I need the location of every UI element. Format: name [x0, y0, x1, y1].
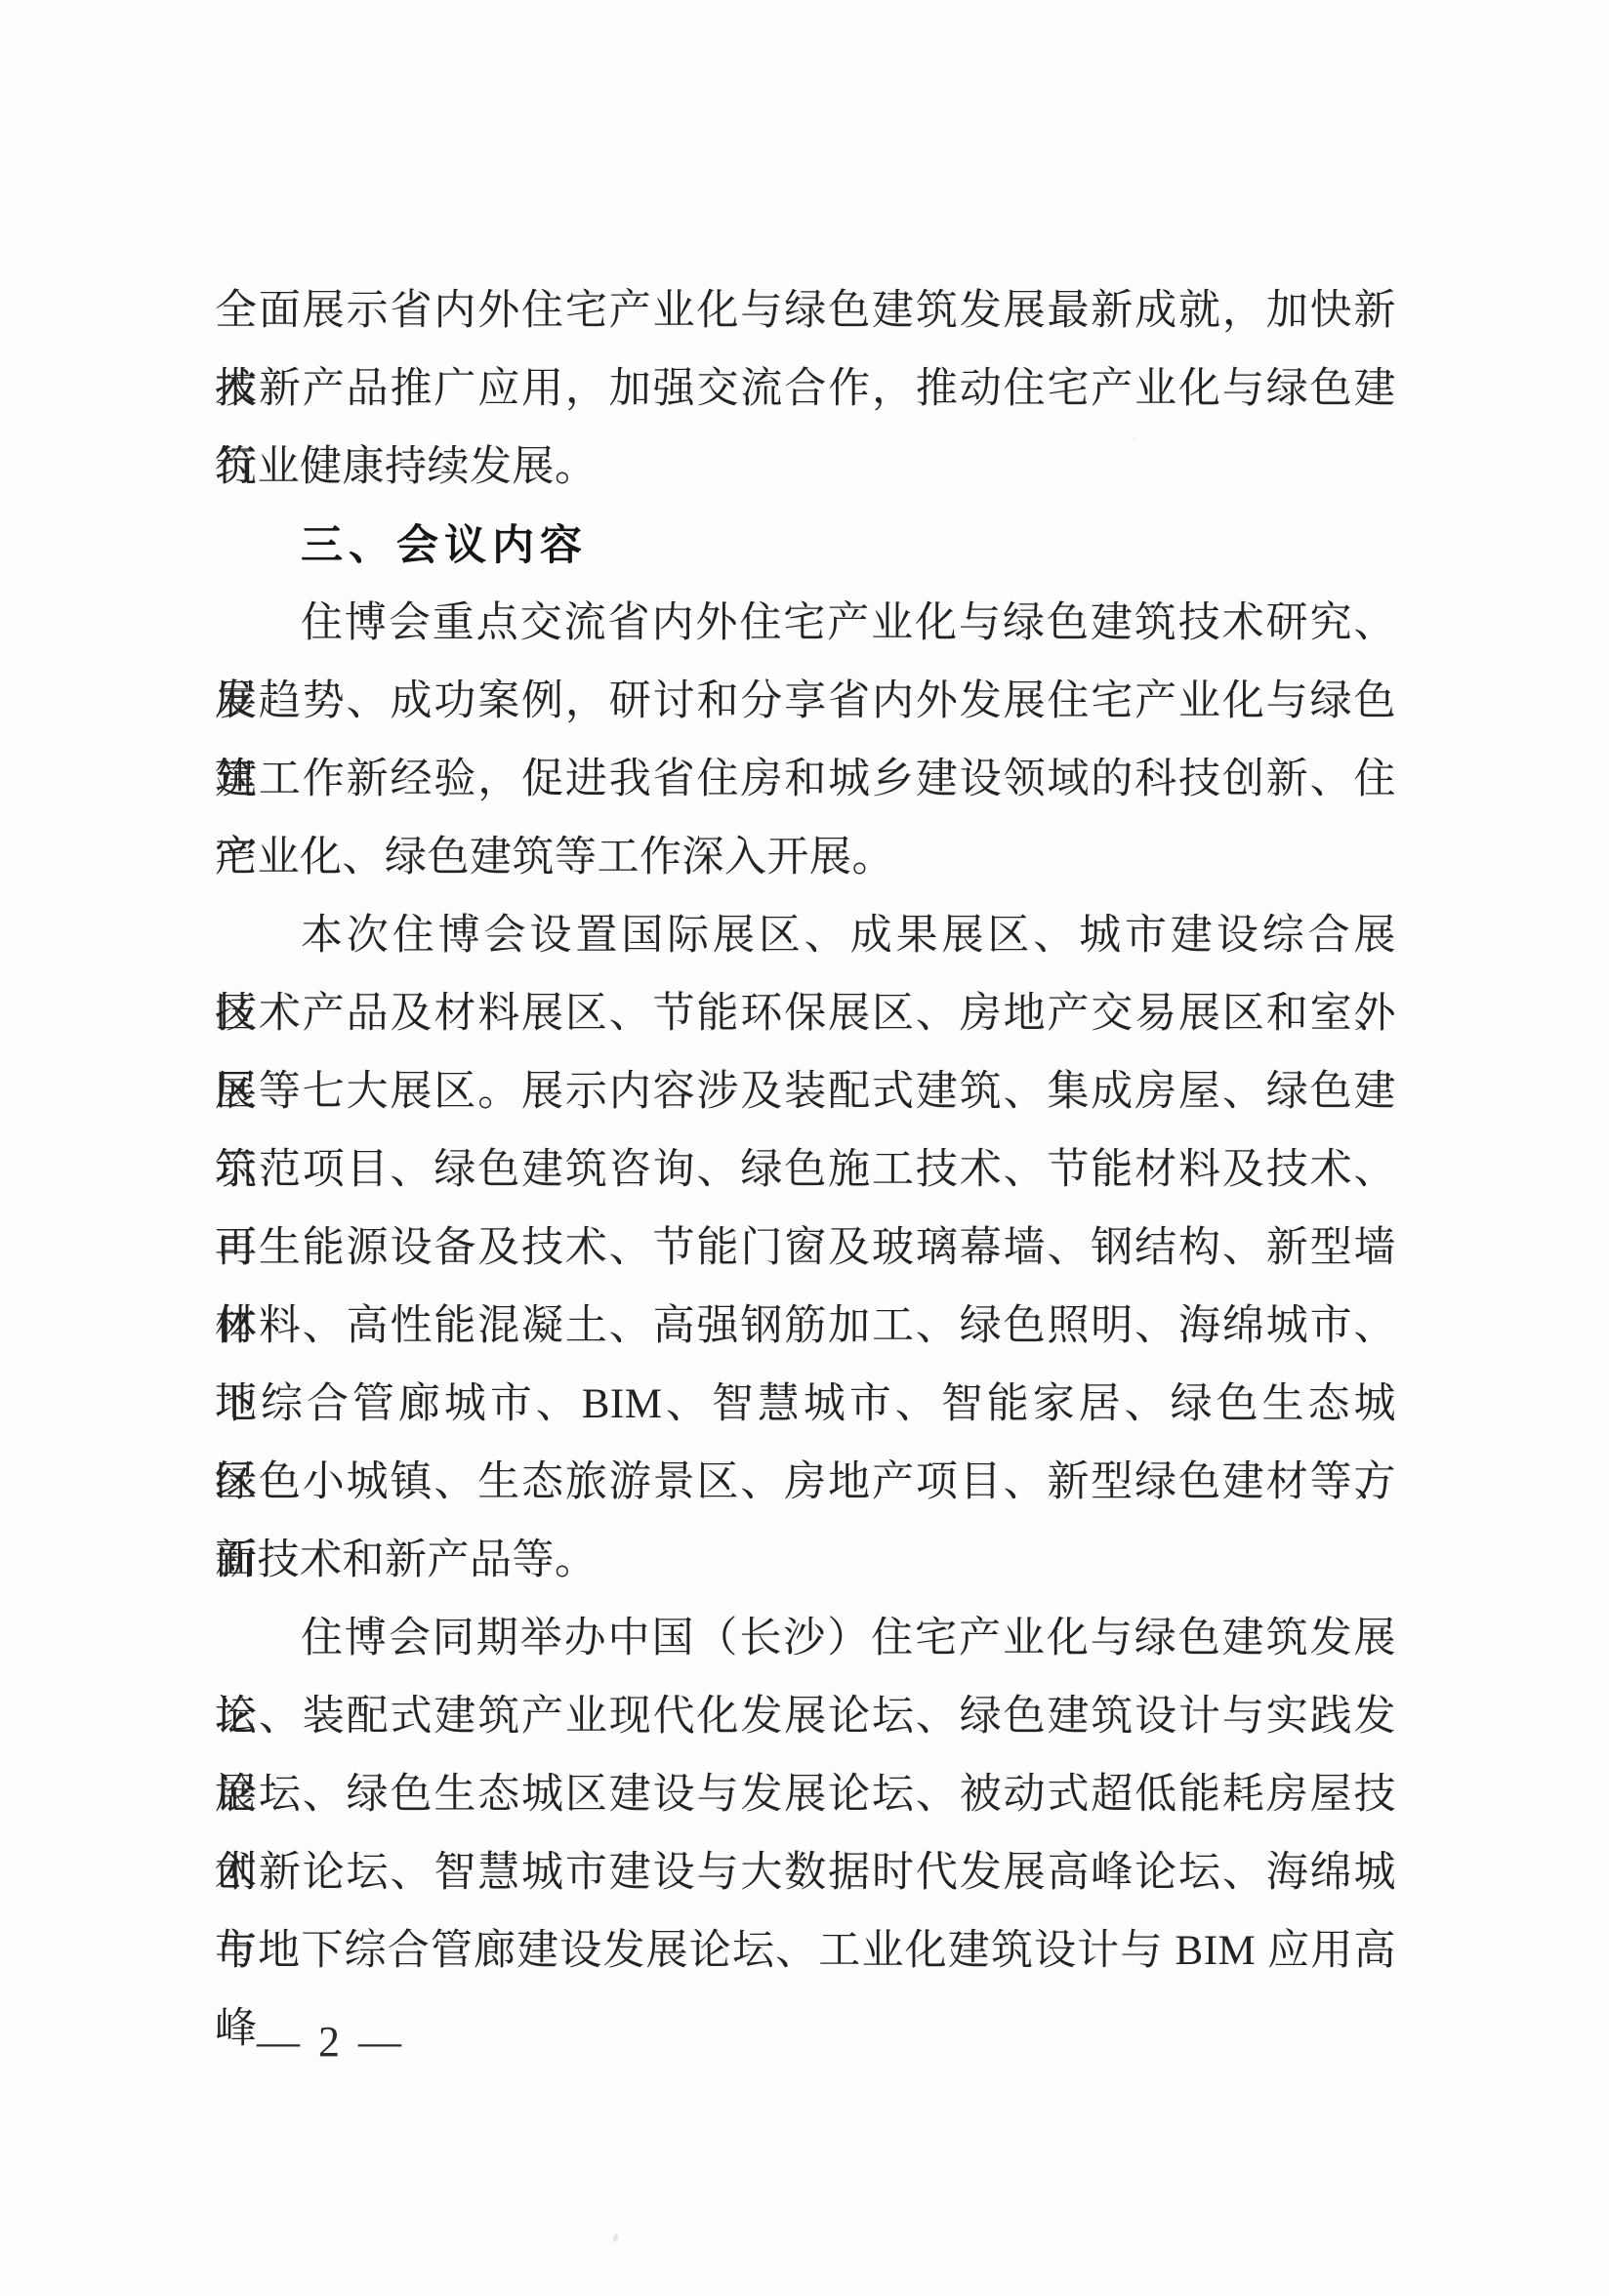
- text-line: 区等七大展区。展示内容涉及装配式建筑、集成房屋、绿色建筑: [215, 1053, 1396, 1131]
- text-line: 论坛、绿色生态城区建设与发展论坛、被动式超低能耗房屋技术: [215, 1756, 1396, 1834]
- text-line: 下综合管廊城市、BIM、智慧城市、智能家居、绿色生态城区、: [215, 1366, 1396, 1444]
- text-line: 住博会同期举办中国（长沙）住宅产业化与绿色建筑发展论: [215, 1600, 1396, 1678]
- text-line: 再生能源设备及技术、节能门窗及玻璃幕墙、钢结构、新型墙体: [215, 1209, 1396, 1288]
- text-line: 术新产品推广应用，加强交流合作，推动住宅产业化与绿色建筑: [215, 350, 1396, 429]
- text-line: 创新论坛、智慧城市建设与大数据时代发展高峰论坛、海绵城市: [215, 1834, 1396, 1912]
- text-line: 坛、装配式建筑产业现代化发展论坛、绿色建筑设计与实践发展: [215, 1678, 1396, 1756]
- text-line: 示范项目、绿色建筑咨询、绿色施工技术、节能材料及技术、可: [215, 1131, 1396, 1209]
- text-line: 住博会重点交流省内外住宅产业化与绿色建筑技术研究、发: [215, 585, 1396, 663]
- text-line: 技术产品及材料展区、节能环保展区、房地产交易展区和室外展: [215, 975, 1396, 1053]
- text-line: 筑工作新经验，促进我省住房和城乡建设领域的科技创新、住宅: [215, 741, 1396, 819]
- scan-speck: [508, 1232, 512, 1236]
- text-line: 全面展示省内外住宅产业化与绿色建筑发展最新成就，加快新技: [215, 272, 1396, 350]
- text-line: 材料、高性能混凝土、高强钢筋加工、绿色照明、海绵城市、地: [215, 1288, 1396, 1366]
- text-line: 本次住博会设置国际展区、成果展区、城市建设综合展区、: [215, 897, 1396, 975]
- text-line: 新技术和新产品等。: [215, 1522, 1396, 1600]
- document-body: 全面展示省内外住宅产业化与绿色建筑发展最新成就，加快新技 术新产品推广应用，加强…: [215, 272, 1396, 1990]
- text-line: 与地下综合管廊建设发展论坛、工业化建筑设计与 BIM 应用高峰: [215, 1912, 1396, 1990]
- text-line: 行业健康持续发展。: [215, 429, 1396, 507]
- scan-speck: [1133, 437, 1136, 440]
- document-page: 全面展示省内外住宅产业化与绿色建筑发展最新成就，加快新技 术新产品推广应用，加强…: [0, 0, 1609, 2296]
- text-line: 绿色小城镇、生态旅游景区、房地产项目、新型绿色建材等方面: [215, 1444, 1396, 1522]
- page-number: — 2 —: [257, 2013, 405, 2071]
- scan-speck: [612, 2233, 620, 2242]
- text-line: 产业化、绿色建筑等工作深入开展。: [215, 819, 1396, 897]
- section-heading: 三、会议内容: [215, 507, 1396, 585]
- text-line: 展趋势、成功案例，研讨和分享省内外发展住宅产业化与绿色建: [215, 663, 1396, 741]
